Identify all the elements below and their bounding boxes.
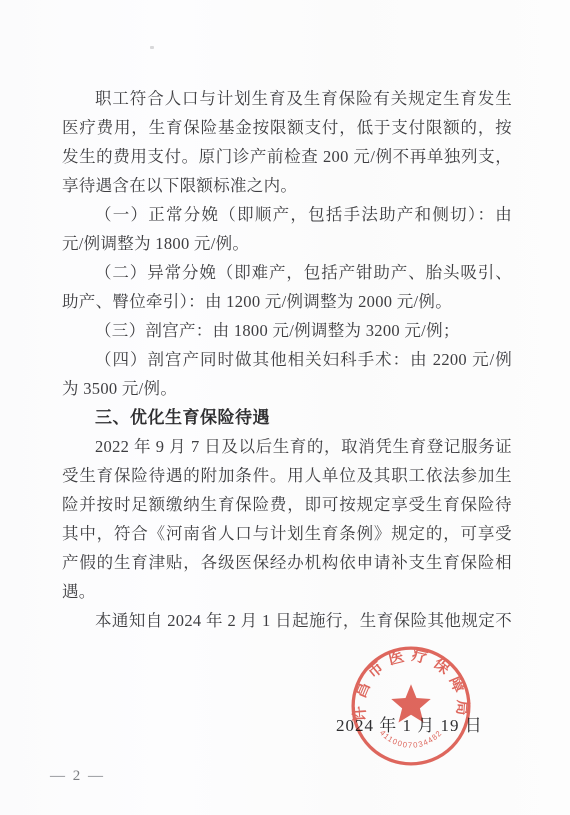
body-line: 其中，符合《河南省人口与计划生育条例》规定的，可享受延长 — [62, 519, 512, 548]
body-line-item-3: （三）剖宫产：由 1800 元/例调整为 3200 元/例； — [62, 316, 512, 345]
body-line: 险并按时足额缴纳生育保险费，即可按规定享受生育保险待遇， — [62, 490, 512, 519]
body-line-item-4: （四）剖宫产同时做其他相关妇科手术：由 2200 元/例调整 — [62, 345, 512, 374]
body-line: 受生育保险待遇的附加条件。用人单位及其职工依法参加生育保 — [62, 461, 512, 490]
section-heading: 三、优化生育保险待遇 — [62, 403, 512, 432]
body-line: 产假的生育津贴，各级医保经办机构依申请补支生育保险相关待 — [62, 548, 512, 577]
body-line-item-1: （一）正常分娩（即顺产，包括手法助产和侧切）：由 800 — [62, 200, 512, 229]
body-line: 发生的费用支付。原门诊产前检查 200 元/例不再单独列支，应 — [62, 142, 512, 171]
body-line: 元/例调整为 1800 元/例。 — [62, 229, 512, 258]
body-line: 医疗费用，生育保险基金按限额支付，低于支付限额的，按实际 — [62, 113, 512, 142]
body-line: 为 3500 元/例。 — [62, 374, 512, 403]
body-line: 2022 年 9 月 7 日及以后生育的，取消凭生育登记服务证享 — [62, 432, 512, 461]
body-line-item-2: （二）异常分娩（即难产，包括产钳助产、胎头吸引、臀位 — [62, 258, 512, 287]
official-seal: 许昌市医疗保障局 4110007034482 — [349, 644, 473, 768]
body-line: 享待遇含在以下限额标准之内。 — [62, 171, 512, 200]
body-line: 职工符合人口与计划生育及生育保险有关规定生育发生的 — [62, 84, 512, 113]
body-line-effective-date: 本通知自 2024 年 2 月 1 日起施行，生育保险其他规定不变。 — [62, 606, 512, 635]
scan-speck — [150, 46, 154, 49]
document-body: 职工符合人口与计划生育及生育保险有关规定生育发生的 医疗费用，生育保险基金按限额… — [62, 84, 512, 635]
seal-star-icon — [391, 684, 430, 722]
page-number: — 2 — — [50, 768, 105, 785]
svg-text:4110007034482: 4110007034482 — [378, 728, 444, 750]
body-line: 助产、臀位牵引）：由 1200 元/例调整为 2000 元/例。 — [62, 287, 512, 316]
body-line: 遇。 — [62, 577, 512, 606]
seal-code: 4110007034482 — [378, 728, 444, 750]
document-page: 职工符合人口与计划生育及生育保险有关规定生育发生的 医疗费用，生育保险基金按限额… — [0, 0, 570, 815]
